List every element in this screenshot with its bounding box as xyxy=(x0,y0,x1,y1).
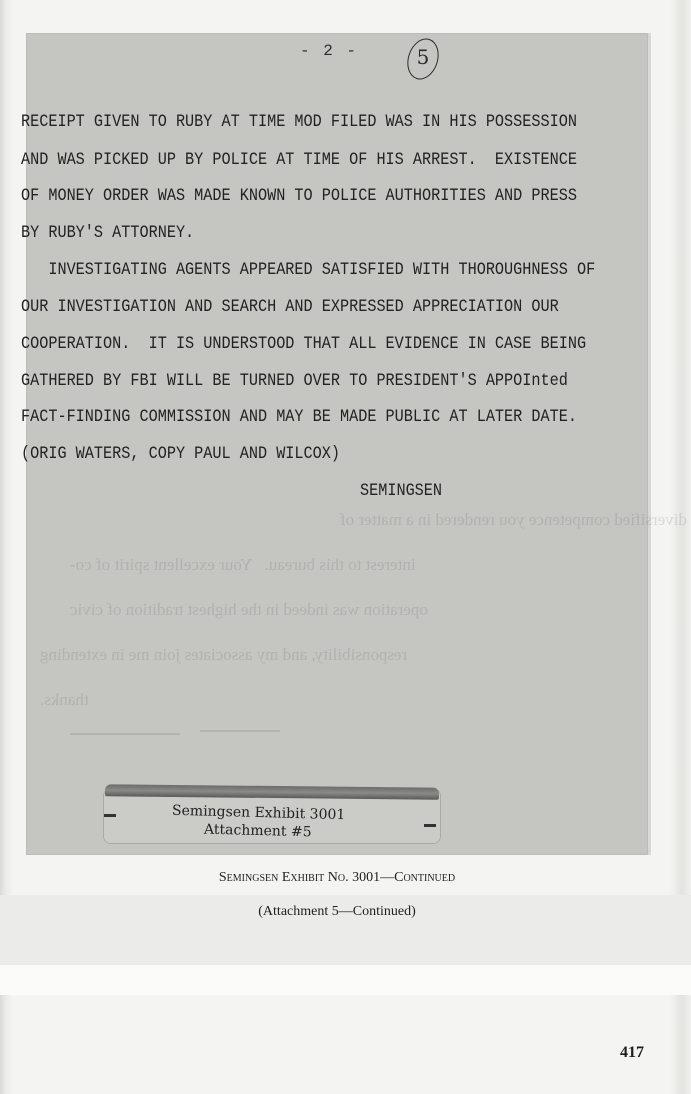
bleed-through-signature xyxy=(200,730,280,732)
body-line: GATHERED BY FBI WILL BE TURNED OVER TO P… xyxy=(21,370,641,391)
page-marker: - 2 - xyxy=(300,42,358,60)
exhibit-attachment: Attachment #5 xyxy=(204,822,312,841)
bleed-through-text: interest to this bureau. Your excellent … xyxy=(70,555,416,575)
bleed-through-text: responsibility, and my associates join m… xyxy=(40,645,407,665)
body-line: (ORIG WATERS, COPY PAUL AND WILCOX) xyxy=(21,443,641,464)
circled-number: 5 xyxy=(417,45,430,69)
body-line: INVESTIGATING AGENTS APPEARED SATISFIED … xyxy=(21,259,641,280)
bleed-through-text: the diversified competence you rendered … xyxy=(340,510,691,530)
bleed-through-text: thanks. xyxy=(40,690,89,710)
exhibit-dash-left xyxy=(104,814,116,817)
body-line: COOPERATION. IT IS UNDERSTOOD THAT ALL E… xyxy=(21,333,641,354)
bleed-through-signature xyxy=(70,733,180,735)
body-line: OF MONEY ORDER WAS MADE KNOWN TO POLICE … xyxy=(21,185,641,206)
body-line: FACT-FINDING COMMISSION AND MAY BE MADE … xyxy=(21,406,641,427)
bleed-through-text: operation was indeed in the highest trad… xyxy=(70,600,428,620)
exhibit-caption: Semingsen Exhibit No. 3001—Continued xyxy=(0,870,674,886)
body-line: AND WAS PICKED UP BY POLICE AT TIME OF H… xyxy=(21,149,641,170)
body-line: OUR INVESTIGATION AND SEARCH AND EXPRESS… xyxy=(21,296,641,317)
body-line: RECEIPT GIVEN TO RUBY AT TIME MOD FILED … xyxy=(21,111,641,132)
page-number: 417 xyxy=(620,1044,644,1062)
signature: SEMINGSEN xyxy=(360,480,442,501)
body-line: BY RUBY'S ATTORNEY. xyxy=(21,222,641,243)
attachment-caption: (Attachment 5—Continued) xyxy=(0,904,674,920)
exhibit-dash-right xyxy=(424,824,436,827)
lower-highlight xyxy=(0,965,691,995)
